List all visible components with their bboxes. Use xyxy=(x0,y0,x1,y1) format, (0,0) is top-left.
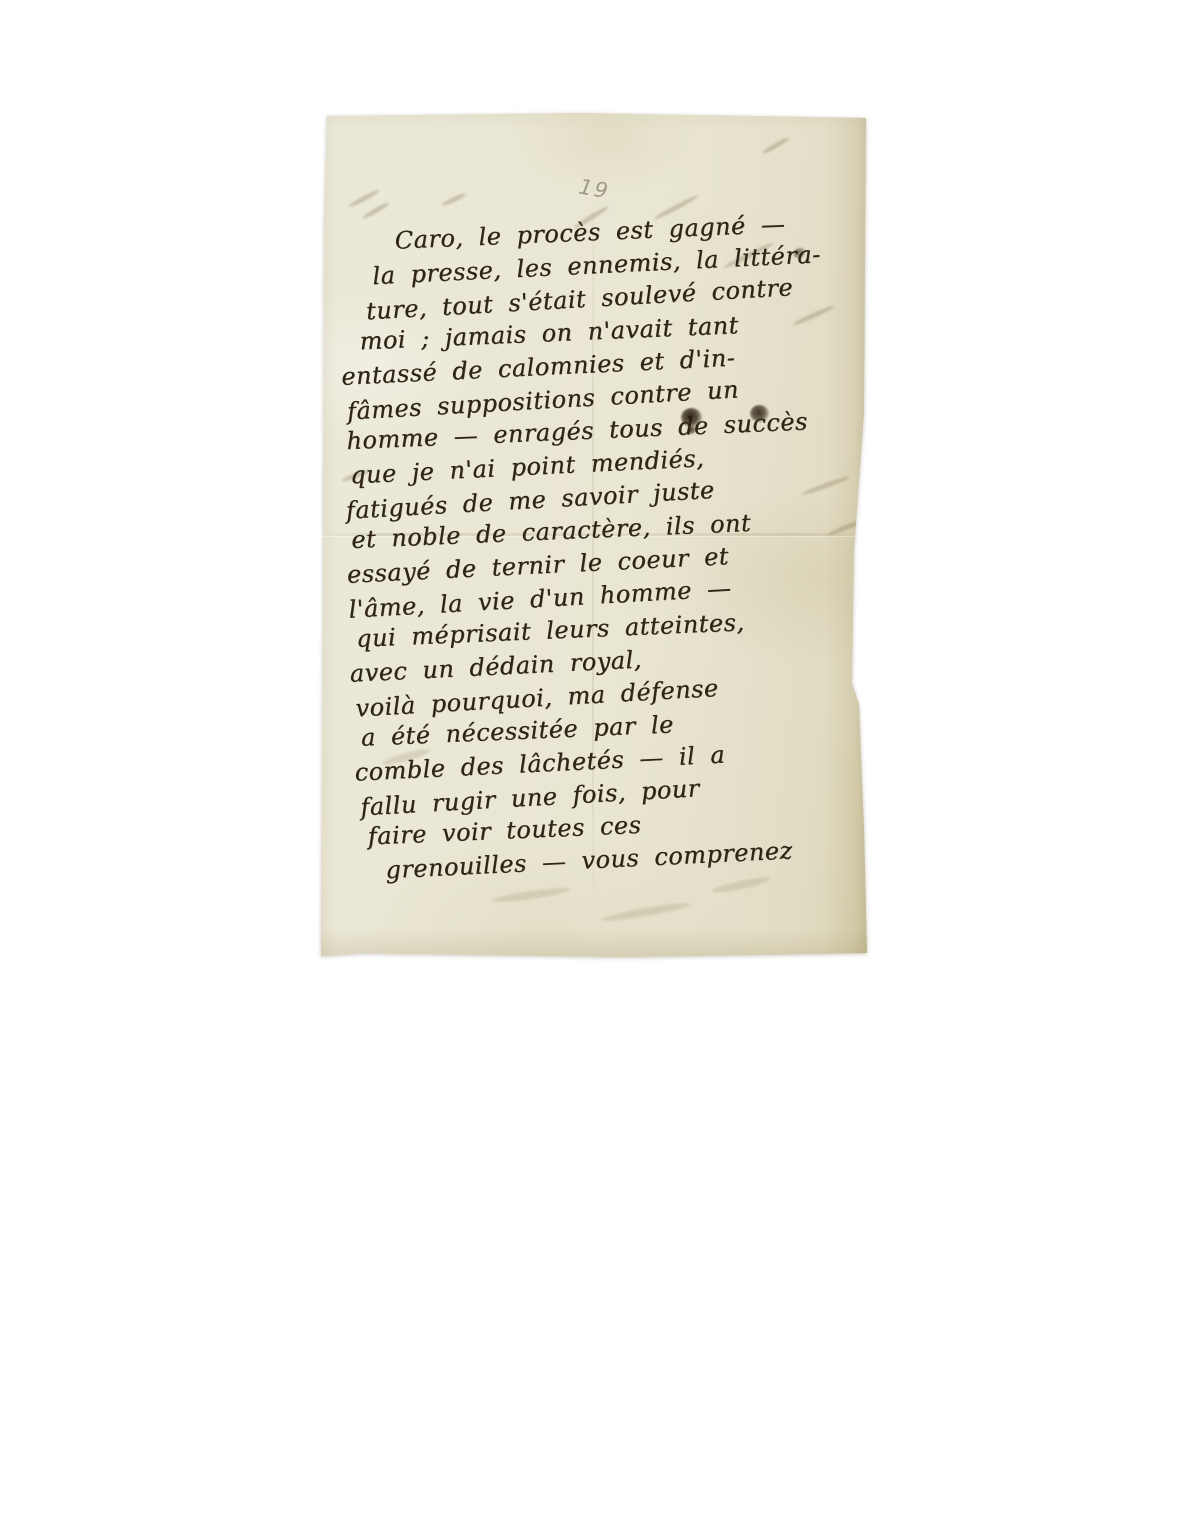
letter-page: 19 Caro, le procès est gagné — la presse… xyxy=(321,113,867,957)
scan-background: 19 Caro, le procès est gagné — la presse… xyxy=(0,0,1197,1538)
ink-blot xyxy=(687,426,696,434)
page-number-pencil: 19 xyxy=(577,175,611,204)
ink-bleedthrough-mark xyxy=(762,136,790,155)
ink-blot xyxy=(681,408,702,427)
ink-bleedthrough-mark xyxy=(711,875,771,895)
ink-blot xyxy=(750,405,769,422)
letter-page-wrapper: 19 Caro, le procès est gagné — la presse… xyxy=(321,113,867,957)
ink-bleedthrough-mark xyxy=(441,192,467,208)
ink-bleedthrough-mark xyxy=(348,188,380,208)
ink-bleedthrough-mark xyxy=(491,885,571,904)
ink-bleedthrough-mark xyxy=(362,201,390,220)
ink-bleedthrough-mark xyxy=(601,900,691,924)
handwriting-block: Caro, le procès est gagné — la presse, l… xyxy=(328,204,875,888)
